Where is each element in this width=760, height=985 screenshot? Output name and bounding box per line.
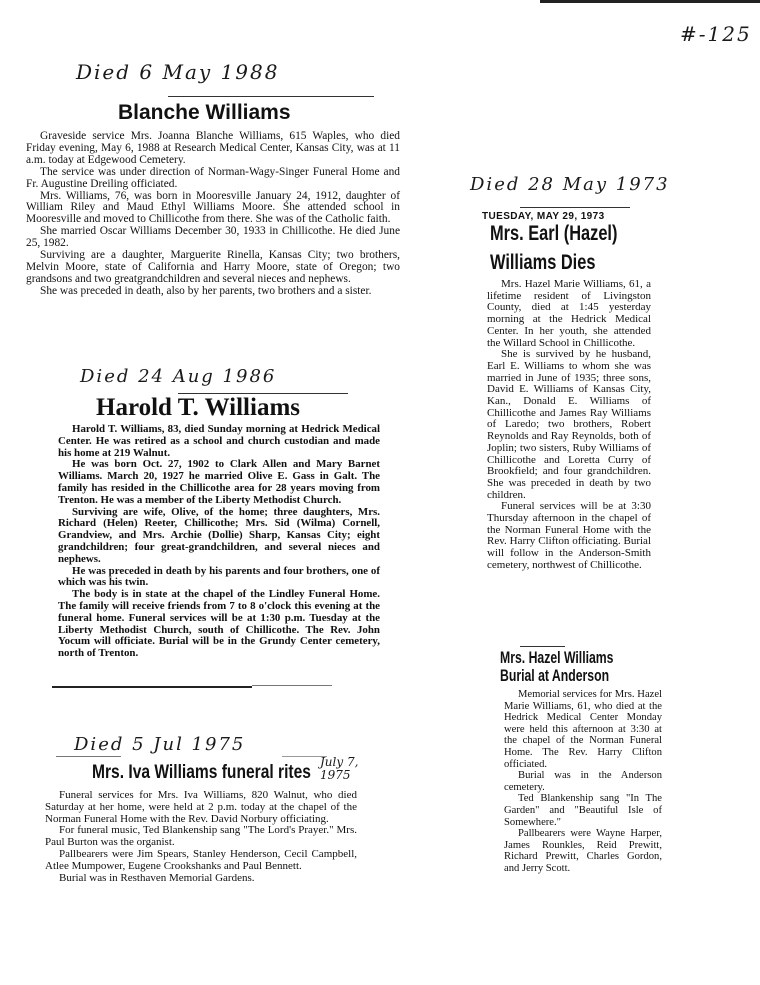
headline: Harold T. Williams [96,394,300,422]
paragraph: Funeral services will be at 3:30 Thursda… [487,501,651,571]
paragraph: Funeral services for Mrs. Iva Williams, … [45,790,357,825]
obituary-body: Harold T. Williams, 83, died Sunday morn… [58,424,380,660]
paragraph: For funeral music, Ted Blankenship sang … [45,825,357,849]
divider [168,96,374,97]
paragraph: He was preceded in death by his parents … [58,566,380,590]
handwritten-date: Died 28 May 1973 [470,174,670,195]
obituary-body: Memorial services for Mrs. Hazel Marie W… [504,689,662,875]
paragraph: Pallbearers were Wayne Harper, James Rou… [504,828,662,874]
divider [520,646,565,647]
headline-line-2: Williams Dies [490,251,595,275]
headline-line-1: Mrs. Hazel Williams [500,648,613,668]
paragraph: She is survived by he husband, Earl E. W… [487,349,651,501]
paragraph: Graveside service Mrs. Joanna Blanche Wi… [26,131,400,167]
divider [520,207,630,208]
paragraph: Burial was in Resthaven Memorial Gardens… [45,873,357,885]
handwritten-date: Died 24 Aug 1986 [80,366,276,387]
paragraph: He was born Oct. 27, 1902 to Clark Allen… [58,459,380,506]
headline: Mrs. Iva Williams funeral rites [92,762,311,784]
paragraph: Burial was in the Anderson cemetery. [504,770,662,793]
divider [56,756,121,757]
dateline: TUESDAY, MAY 29, 1973 [482,211,605,222]
paragraph: The service was under direction of Norma… [26,167,400,191]
paragraph: Surviving are wife, Olive, of the home; … [58,507,380,566]
paragraph: Harold T. Williams, 83, died Sunday morn… [58,424,380,459]
divider [52,686,252,688]
handwritten-date: Died 6 May 1988 [76,60,279,84]
headline: Blanche Williams [118,101,291,125]
paragraph: The body is in state at the chapel of th… [58,589,380,660]
divider [252,685,332,686]
paragraph: Mrs. Williams, 76, was born in Mooresvil… [26,191,400,227]
paragraph: Ted Blankenship sang "In The Garden" and… [504,793,662,828]
headline-line-2: Burial at Anderson [500,666,609,686]
obituary-body: Graveside service Mrs. Joanna Blanche Wi… [26,131,400,298]
paragraph: Surviving are a daughter, Marguerite Rin… [26,250,400,286]
paragraph: Memorial services for Mrs. Hazel Marie W… [504,689,662,770]
obituary-body: Funeral services for Mrs. Iva Williams, … [45,790,357,884]
paragraph: She married Oscar Williams December 30, … [26,226,400,250]
top-edge-rule [540,0,760,3]
page-number-note: #-125 [680,22,752,46]
margin-note: July 7, 1975 [320,756,364,782]
paragraph: She was preceded in death, also by her p… [26,286,400,298]
paragraph: Pallbearers were Jim Spears, Stanley Hen… [45,849,357,873]
paragraph: Mrs. Hazel Marie Williams, 61, a lifetim… [487,279,651,349]
handwritten-date: Died 5 Jul 1975 [74,734,245,755]
headline-line-1: Mrs. Earl (Hazel) [490,222,617,246]
obituary-body: Mrs. Hazel Marie Williams, 61, a lifetim… [487,279,651,572]
